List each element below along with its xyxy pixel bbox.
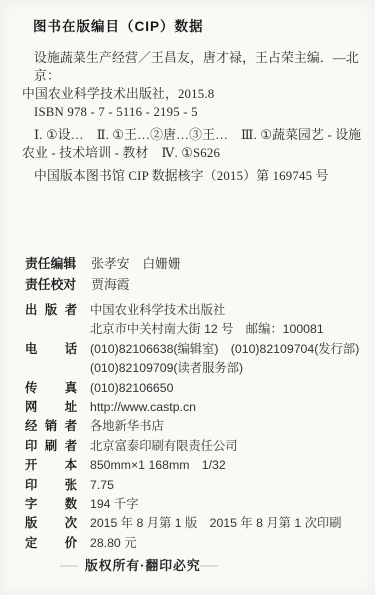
colophon-row-price: 定价 28.80 元 — [25, 534, 369, 553]
fax-label: 传真 — [25, 379, 77, 398]
telephone2-value: (010)82109709(读者服务部) — [90, 359, 243, 378]
copyright-notice-row: 版权所有·翻印必究 — [0, 556, 375, 575]
cip-publication-line1: 设施蔬菜生产经营／王昌友，唐才禄，王占荣主编．—北京： — [22, 49, 367, 85]
colophon-row-edition: 版次 2015 年 8 月第 1 版 2015 年 8 月第 1 次印刷 — [25, 514, 369, 533]
decorative-dash-right — [200, 565, 218, 567]
address-label — [25, 320, 77, 339]
cip-publication-line2: 中国农业科学技术出版社，2015.8 — [22, 85, 367, 103]
price-label: 定价 — [25, 534, 77, 553]
colophon-row-format: 开本 850mm×1 168mm 1/32 — [25, 456, 369, 475]
colophon-row-printer: 印刷者 北京富泰印刷有限责任公司 — [25, 437, 369, 456]
printer-label: 印刷者 — [25, 437, 77, 456]
address-value: 北京市中关村南大街 12 号 邮编：100081 — [90, 320, 324, 339]
colophon-row-sheets: 印张 7.75 — [25, 476, 369, 495]
staff-row-proofreader: 责任校对 贾海霞 — [25, 274, 367, 295]
staff-section: 责任编辑 张孝安 白姗姗 责任校对 贾海霞 — [25, 253, 367, 295]
cip-classification-line2: 农业 - 技术培训 - 教材 Ⅳ. ①S626 — [22, 144, 367, 162]
distributor-label: 经销者 — [25, 417, 77, 436]
edition-label: 版次 — [25, 514, 77, 533]
wordcount-value: 194 千字 — [90, 495, 139, 514]
staff-editor-label: 责任编辑 — [25, 253, 76, 274]
edition-value: 2015 年 8 月第 1 版 2015 年 8 月第 1 次印刷 — [90, 514, 342, 533]
cip-title: 图书在版编目（CIP）数据 — [33, 19, 367, 34]
price-value: 28.80 元 — [90, 534, 137, 553]
staff-row-editor: 责任编辑 张孝安 白姗姗 — [25, 253, 367, 274]
colophon-row-telephone: 电话 (010)82106638(编辑室) (010)82109704(发行部) — [25, 340, 369, 359]
telephone2-label — [25, 359, 77, 378]
cip-record-number: 中国版本图书馆 CIP 数据核字（2015）第 169745 号 — [22, 167, 367, 185]
staff-proofreader-label: 责任校对 — [25, 274, 76, 295]
colophon-row-fax: 传真 (010)82106650 — [25, 379, 369, 398]
colophon-row-publisher: 出版者 中国农业科学技术出版社 — [25, 301, 369, 320]
telephone-label: 电话 — [25, 340, 77, 359]
printer-value: 北京富泰印刷有限责任公司 — [90, 437, 238, 456]
cip-section: 图书在版编目（CIP）数据 设施蔬菜生产经营／王昌友，唐才禄，王占荣主编．—北京… — [0, 0, 375, 185]
cip-isbn: ISBN 978 - 7 - 5116 - 2195 - 5 — [22, 103, 367, 121]
website-label: 网址 — [25, 398, 77, 417]
publisher-label: 出版者 — [25, 301, 77, 320]
decorative-dash-left — [60, 565, 78, 567]
book-copyright-page: 图书在版编目（CIP）数据 设施蔬菜生产经营／王昌友，唐才禄，王占荣主编．—北京… — [0, 0, 375, 595]
staff-editor-names: 张孝安 白姗姗 — [91, 253, 181, 274]
distributor-value: 各地新华书店 — [90, 417, 164, 436]
telephone-value: (010)82106638(编辑室) (010)82109704(发行部) — [90, 340, 359, 359]
copyright-notice: 版权所有·翻印必究 — [85, 556, 201, 575]
colophon-row-wordcount: 字数 194 千字 — [25, 495, 369, 514]
fax-value: (010)82106650 — [90, 379, 173, 398]
colophon-section: 出版者 中国农业科学技术出版社 北京市中关村南大街 12 号 邮编：100081… — [25, 301, 369, 553]
colophon-row-distributor: 经销者 各地新华书店 — [25, 417, 369, 436]
colophon-row-telephone2: (010)82109709(读者服务部) — [25, 359, 369, 378]
format-value: 850mm×1 168mm 1/32 — [90, 456, 226, 475]
colophon-row-website: 网址 http://www.castp.cn — [25, 398, 369, 417]
website-value: http://www.castp.cn — [90, 398, 196, 417]
colophon-row-address: 北京市中关村南大街 12 号 邮编：100081 — [25, 320, 369, 339]
sheets-label: 印张 — [25, 476, 77, 495]
sheets-value: 7.75 — [90, 476, 114, 495]
staff-proofreader-name: 贾海霞 — [91, 274, 129, 295]
cip-classification-line1: Ⅰ. ①设… Ⅱ. ①王…②唐…③王… Ⅲ. ①蔬菜园艺 - 设施 — [22, 126, 367, 144]
format-label: 开本 — [25, 456, 77, 475]
publisher-value: 中国农业科学技术出版社 — [90, 301, 225, 320]
wordcount-label: 字数 — [25, 495, 77, 514]
